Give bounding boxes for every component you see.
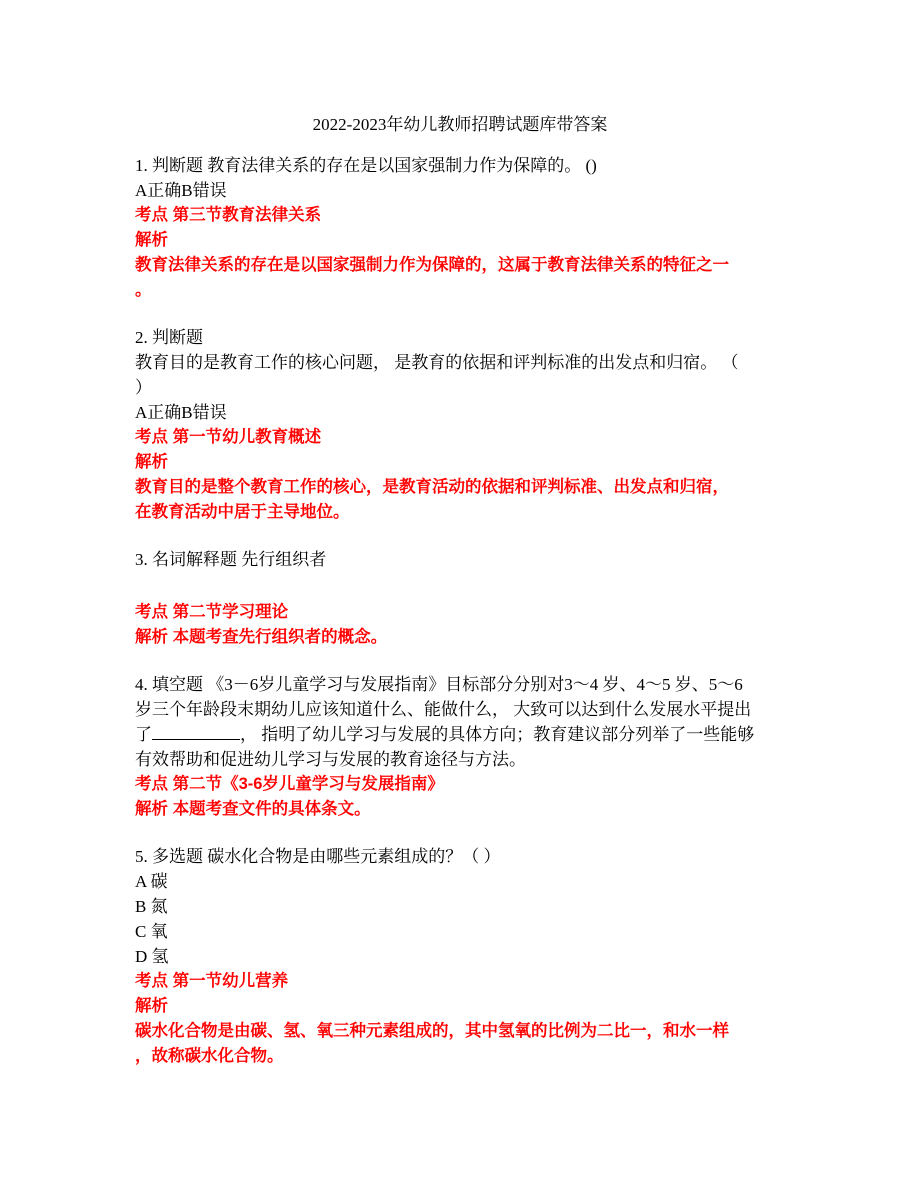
document-title: 2022-2023年幼儿教师招聘试题库带答案 [0, 110, 920, 135]
question-stem: 1. 判断题 教育法律关系的存在是以国家强制力作为保障的。 () [135, 153, 790, 178]
fill-blank [152, 723, 240, 740]
question-4: 4. 填空题 《3－6岁儿童学习与发展指南》目标部分分别对3～4 岁、4～5 岁… [135, 672, 790, 822]
kaodian: 考点 第三节教育法律关系 [135, 203, 790, 228]
jiexi-text: 。 [135, 278, 790, 303]
question-options: A正确B错误 [135, 400, 790, 425]
document-body: 1. 判断题 教育法律关系的存在是以国家强制力作为保障的。 () A正确B错误 … [135, 153, 790, 1069]
question-3: 3. 名词解释题 先行组织者 考点 第二节学习理论 解析 本题考查先行组织者的概… [135, 547, 790, 650]
spacer [135, 822, 790, 844]
spacer [135, 650, 790, 672]
spacer [135, 303, 790, 325]
kaodian: 考点 第一节幼儿教育概述 [135, 425, 790, 450]
question-stem: 4. 填空题 《3－6岁儿童学习与发展指南》目标部分分别对3～4 岁、4～5 岁… [135, 672, 790, 697]
option-c: C 氧 [135, 919, 790, 944]
question-stem: 了， 指明了幼儿学习与发展的具体方向；教育建议部分列举了一些能够 [135, 722, 790, 747]
option-b: B 氮 [135, 894, 790, 919]
option-a: A 碳 [135, 869, 790, 894]
jiexi-label: 解析 [135, 228, 790, 253]
document-page: 2022-2023年幼儿教师招聘试题库带答案 1. 判断题 教育法律关系的存在是… [0, 0, 920, 1191]
question-1: 1. 判断题 教育法律关系的存在是以国家强制力作为保障的。 () A正确B错误 … [135, 153, 790, 303]
question-stem: 教育目的是教育工作的核心问题， 是教育的依据和评判标准的出发点和归宿。 （ [135, 350, 790, 375]
question-options: A正确B错误 [135, 178, 790, 203]
answer-space [135, 572, 790, 600]
jiexi-label: 解析 [135, 994, 790, 1019]
jiexi-text: 教育目的是整个教育工作的核心，是教育活动的依据和评判标准、出发点和归宿， [135, 475, 790, 500]
jiexi-text: 在教育活动中居于主导地位。 [135, 500, 790, 525]
kaodian: 考点 第一节幼儿营养 [135, 969, 790, 994]
stem-prefix: 了 [135, 725, 152, 744]
stem-suffix: ， 指明了幼儿学习与发展的具体方向；教育建议部分列举了一些能够 [240, 725, 754, 744]
kaodian: 考点 第二节《3-6岁儿童学习与发展指南》 [135, 772, 790, 797]
jiexi-label: 解析 [135, 450, 790, 475]
kaodian: 考点 第二节学习理论 [135, 600, 790, 625]
jiexi-text: 解析 本题考查文件的具体条文。 [135, 797, 790, 822]
jiexi-text: 碳水化合物是由碳、氢、氧三种元素组成的，其中氢氧的比例为二比一，和水一样 [135, 1019, 790, 1044]
jiexi-text: 解析 本题考查先行组织者的概念。 [135, 625, 790, 650]
question-stem: 岁三个年龄段末期幼儿应该知道什么、能做什么， 大致可以达到什么发展水平提出 [135, 697, 790, 722]
option-d: D 氢 [135, 944, 790, 969]
question-stem: 2. 判断题 [135, 325, 790, 350]
question-stem: ） [135, 375, 790, 400]
jiexi-text: ，故称碳水化合物。 [135, 1044, 790, 1069]
question-5: 5. 多选题 碳水化合物是由哪些元素组成的？（ ） A 碳 B 氮 C 氧 D … [135, 844, 790, 1069]
question-stem: 有效帮助和促进幼儿学习与发展的教育途径与方法。 [135, 747, 790, 772]
question-stem: 5. 多选题 碳水化合物是由哪些元素组成的？（ ） [135, 844, 790, 869]
question-2: 2. 判断题 教育目的是教育工作的核心问题， 是教育的依据和评判标准的出发点和归… [135, 325, 790, 525]
question-stem: 3. 名词解释题 先行组织者 [135, 547, 790, 572]
jiexi-text: 教育法律关系的存在是以国家强制力作为保障的，这属于教育法律关系的特征之一 [135, 253, 790, 278]
spacer [135, 525, 790, 547]
